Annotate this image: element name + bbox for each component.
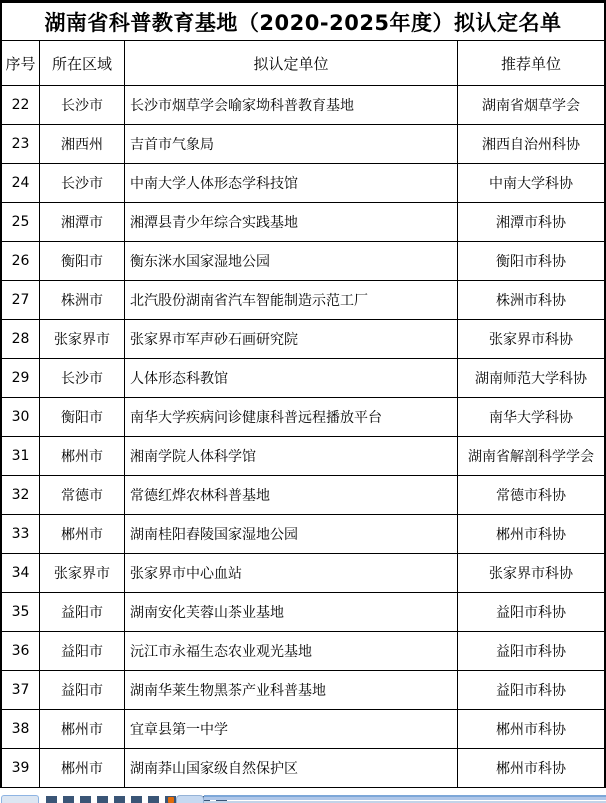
table-row: 22长沙市长沙市烟草学会喻家坳科普教育基地湖南省烟草学会 <box>2 86 604 125</box>
table-row: 32常德市常德红烨农林科普基地常德市科协 <box>2 476 604 515</box>
cell-region: 长沙市 <box>40 86 125 125</box>
cell-region: 常德市 <box>40 476 125 515</box>
table-row: 27株洲市北汽股份湖南省汽车智能制造示范工厂株洲市科协 <box>2 281 604 320</box>
cutoff-footer <box>0 788 606 803</box>
cell-no: 30 <box>2 398 40 437</box>
cell-region: 湘潭市 <box>40 203 125 242</box>
cell-region: 张家界市 <box>40 554 125 593</box>
cell-region: 郴州市 <box>40 437 125 476</box>
cell-no: 23 <box>2 125 40 164</box>
cell-unit: 湘潭县青少年综合实践基地 <box>125 203 458 242</box>
table-row: 28张家界市张家界市军声砂石画研究院张家界市科协 <box>2 320 604 359</box>
header-cell-region: 所在区域 <box>40 41 125 86</box>
cell-region: 长沙市 <box>40 164 125 203</box>
cell-unit: 湖南桂阳舂陵国家湿地公园 <box>125 515 458 554</box>
table-body: 22长沙市长沙市烟草学会喻家坳科普教育基地湖南省烟草学会23湘西州吉首市气象局湘… <box>2 86 604 788</box>
cell-region: 益阳市 <box>40 632 125 671</box>
cell-no: 27 <box>2 281 40 320</box>
cell-region: 益阳市 <box>40 593 125 632</box>
cell-recommender: 益阳市科协 <box>458 632 604 671</box>
table-row: 39郴州市湖南莽山国家级自然保护区郴州市科协 <box>2 749 604 788</box>
table-row: 34张家界市张家界市中心血站张家界市科协 <box>2 554 604 593</box>
cell-recommender: 益阳市科协 <box>458 593 604 632</box>
cell-recommender: 湖南省解剖科学学会 <box>458 437 604 476</box>
cell-recommender: 益阳市科协 <box>458 671 604 710</box>
table-row: 35益阳市湖南安化芙蓉山茶业基地益阳市科协 <box>2 593 604 632</box>
table-row: 26衡阳市衡东洣水国家湿地公园衡阳市科协 <box>2 242 604 281</box>
cell-no: 31 <box>2 437 40 476</box>
cell-recommender: 湘西自治州科协 <box>458 125 604 164</box>
cell-no: 34 <box>2 554 40 593</box>
cell-recommender: 郴州市科协 <box>458 515 604 554</box>
cell-region: 益阳市 <box>40 671 125 710</box>
cell-region: 郴州市 <box>40 515 125 554</box>
table-row: 31郴州市湘南学院人体科学馆湖南省解剖科学学会 <box>2 437 604 476</box>
approval-table: 湖南省科普教育基地（2020-2025年度）拟认定名单 序号 所在区域 拟认定单… <box>0 0 606 788</box>
cell-unit: 沅江市永福生态农业观光基地 <box>125 632 458 671</box>
cell-no: 32 <box>2 476 40 515</box>
cell-region: 张家界市 <box>40 320 125 359</box>
cell-unit: 张家界市中心血站 <box>125 554 458 593</box>
cell-recommender: 常德市科协 <box>458 476 604 515</box>
cell-unit: 湖南安化芙蓉山茶业基地 <box>125 593 458 632</box>
cell-no: 39 <box>2 749 40 788</box>
footer-accent-icon <box>168 797 174 803</box>
table-row: 37益阳市湖南华莱生物黑茶产业科普基地益阳市科协 <box>2 671 604 710</box>
scrollbar-fragment[interactable] <box>204 795 606 800</box>
cell-region: 长沙市 <box>40 359 125 398</box>
cell-unit: 衡东洣水国家湿地公园 <box>125 242 458 281</box>
table-header-row: 序号 所在区域 拟认定单位 推荐单位 <box>2 41 604 86</box>
cell-no: 37 <box>2 671 40 710</box>
table-row: 25湘潭市湘潭县青少年综合实践基地湘潭市科协 <box>2 203 604 242</box>
cell-region: 衡阳市 <box>40 242 125 281</box>
cell-region: 郴州市 <box>40 710 125 749</box>
cell-unit: 常德红烨农林科普基地 <box>125 476 458 515</box>
cell-recommender: 张家界市科协 <box>458 320 604 359</box>
cell-no: 24 <box>2 164 40 203</box>
cell-unit: 北汽股份湖南省汽车智能制造示范工厂 <box>125 281 458 320</box>
cell-no: 36 <box>2 632 40 671</box>
cell-recommender: 湖南师范大学科协 <box>458 359 604 398</box>
cell-no: 35 <box>2 593 40 632</box>
cell-recommender: 衡阳市科协 <box>458 242 604 281</box>
cell-recommender: 郴州市科协 <box>458 710 604 749</box>
table-row: 33郴州市湖南桂阳舂陵国家湿地公园郴州市科协 <box>2 515 604 554</box>
page-title: 湖南省科普教育基地（2020-2025年度）拟认定名单 <box>2 3 604 41</box>
cell-unit: 湘南学院人体科学馆 <box>125 437 458 476</box>
cell-no: 25 <box>2 203 40 242</box>
document-page: 湖南省科普教育基地（2020-2025年度）拟认定名单 序号 所在区域 拟认定单… <box>0 0 606 803</box>
table-row: 24长沙市中南大学人体形态学科技馆中南大学科协 <box>2 164 604 203</box>
header-cell-recommender: 推荐单位 <box>458 41 604 86</box>
cell-unit: 中南大学人体形态学科技馆 <box>125 164 458 203</box>
cell-no: 38 <box>2 710 40 749</box>
footer-button-fragment[interactable] <box>1 795 39 803</box>
cell-unit: 湖南华莱生物黑茶产业科普基地 <box>125 671 458 710</box>
cell-recommender: 南华大学科协 <box>458 398 604 437</box>
cell-no: 26 <box>2 242 40 281</box>
cell-recommender: 湘潭市科协 <box>458 203 604 242</box>
cell-unit: 长沙市烟草学会喻家坳科普教育基地 <box>125 86 458 125</box>
cell-recommender: 张家界市科协 <box>458 554 604 593</box>
cell-recommender: 湖南省烟草学会 <box>458 86 604 125</box>
table-row: 23湘西州吉首市气象局湘西自治州科协 <box>2 125 604 164</box>
cell-region: 湘西州 <box>40 125 125 164</box>
cell-region: 衡阳市 <box>40 398 125 437</box>
header-cell-no: 序号 <box>2 41 40 86</box>
cell-recommender: 郴州市科协 <box>458 749 604 788</box>
cell-unit: 南华大学疾病问诊健康科普远程播放平台 <box>125 398 458 437</box>
cell-region: 株洲市 <box>40 281 125 320</box>
table-row: 29长沙市人体形态科教馆湖南师范大学科协 <box>2 359 604 398</box>
table-row: 30衡阳市南华大学疾病问诊健康科普远程播放平台南华大学科协 <box>2 398 604 437</box>
cell-no: 28 <box>2 320 40 359</box>
cell-no: 33 <box>2 515 40 554</box>
cell-unit: 张家界市军声砂石画研究院 <box>125 320 458 359</box>
cell-unit: 湖南莽山国家级自然保护区 <box>125 749 458 788</box>
cell-recommender: 株洲市科协 <box>458 281 604 320</box>
table-row: 38郴州市宜章县第一中学郴州市科协 <box>2 710 604 749</box>
cell-no: 29 <box>2 359 40 398</box>
cell-unit: 宜章县第一中学 <box>125 710 458 749</box>
cell-recommender: 中南大学科协 <box>458 164 604 203</box>
cell-unit: 人体形态科教馆 <box>125 359 458 398</box>
footer-capsule-fragment[interactable] <box>176 795 204 803</box>
header-cell-unit: 拟认定单位 <box>125 41 458 86</box>
cell-unit: 吉首市气象局 <box>125 125 458 164</box>
cell-region: 郴州市 <box>40 749 125 788</box>
cell-no: 22 <box>2 86 40 125</box>
table-row: 36益阳市沅江市永福生态农业观光基地益阳市科协 <box>2 632 604 671</box>
